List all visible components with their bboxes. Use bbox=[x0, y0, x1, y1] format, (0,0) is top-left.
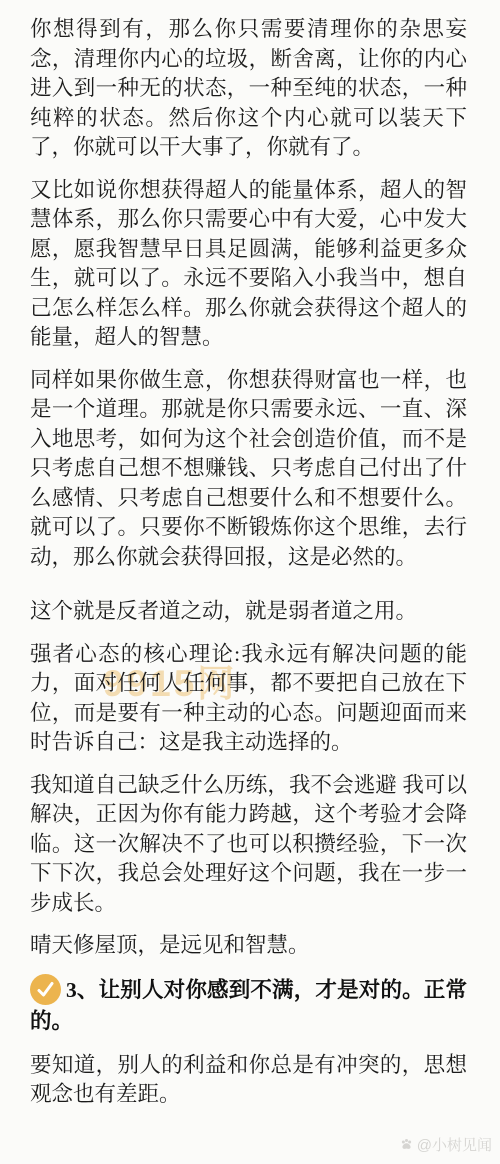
paragraph: 又比如说你想获得超人的能量体系，超人的智慧体系，那么你只需要心中有大爱，心中发大… bbox=[30, 176, 467, 353]
check-circle-icon bbox=[30, 974, 61, 1005]
point-heading-text: 3、让别人对你感到不满，才是对的。正常的。 bbox=[30, 978, 467, 1034]
paragraph: 强者心态的核心理论:我永远有解决问题的能力，面对任何人任何事，都不要把自己放在下… bbox=[30, 640, 467, 758]
bottom-watermark-text: @小树见闻 bbox=[417, 1134, 492, 1155]
paragraph: 我知道自己缺乏什么历练，我不会逃避 我可以解决，正因为你有能力跨越，这个考验才会… bbox=[30, 771, 467, 919]
paragraph: 晴天修屋顶，是远见和智慧。 bbox=[30, 931, 467, 961]
paragraph: 这个就是反者道之动，就是弱者道之用。 bbox=[30, 597, 467, 627]
bottom-watermark: @小树见闻 bbox=[399, 1134, 492, 1155]
point-heading: 3、让别人对你感到不满，才是对的。正常的。 bbox=[30, 974, 467, 1038]
article-content: 你想得到有，那么你只需要清理你的杂思妄念，清理你内心的垃圾，断舍离，让你的内心进… bbox=[0, 0, 500, 1110]
paragraph: 同样如果你做生意，你想获得财富也一样，也是一个道理。那就是你只需要永远、一直、深… bbox=[30, 366, 467, 573]
paw-icon bbox=[399, 1137, 414, 1152]
paragraph: 要知道，别人的利益和你总是有冲突的，思想观念也有差距。 bbox=[30, 1051, 467, 1110]
article-page: 9915网 你想得到有，那么你只需要清理你的杂思妄念，清理你内心的垃圾，断舍离，… bbox=[0, 0, 500, 1164]
paragraph: 你想得到有，那么你只需要清理你的杂思妄念，清理你内心的垃圾，断舍离，让你的内心进… bbox=[30, 15, 467, 163]
